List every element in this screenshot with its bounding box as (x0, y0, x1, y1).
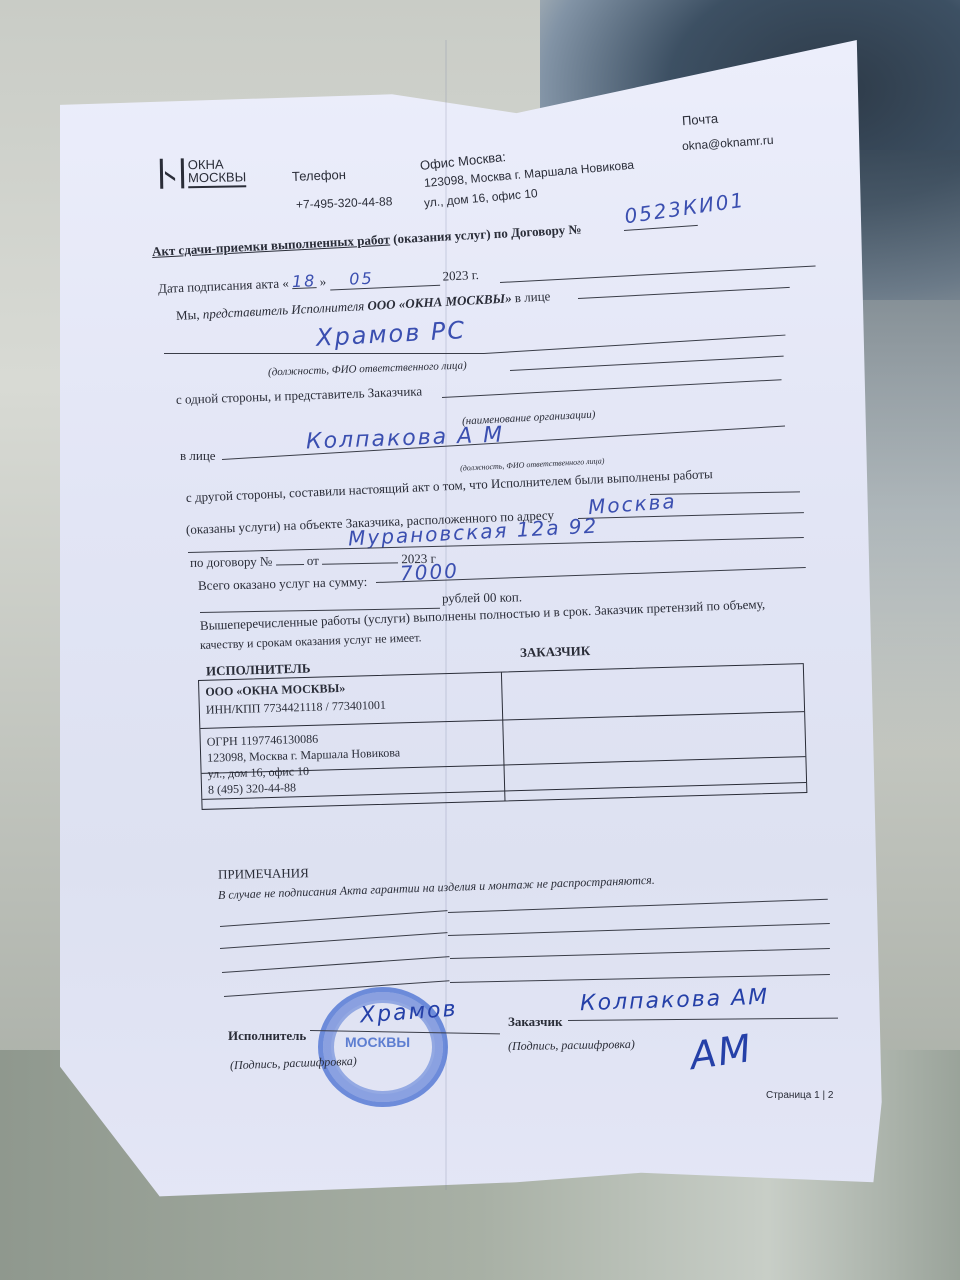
customer-initials-handwritten: АМ (687, 1026, 755, 1078)
date-row: Дата подписания акта « 18 » 05 2023 г. (158, 264, 480, 298)
executor-rep-handwritten: Храмов РС (315, 316, 466, 352)
page-number: Страница 1 | 2 (766, 1090, 833, 1101)
in-person-label: в лице (180, 448, 216, 464)
notes-heading: ПРИМЕЧАНИЯ (218, 865, 309, 883)
customer-sign-handwritten: Колпакова АМ (580, 985, 770, 1017)
caption-line-right (510, 356, 784, 371)
executor-rep-caption: (должность, ФИО ответственного лица) (268, 360, 467, 379)
notes-line-4b (450, 974, 830, 983)
executor-phone: 8 (495) 320-44-88 (208, 780, 296, 797)
executor-sign-handwritten: Храмов (359, 997, 458, 1029)
address-handwritten-1: Москва (587, 489, 677, 519)
document: ОКНА МОСКВЫ Телефон +7-495-320-44-88 Офи… (0, 0, 960, 1280)
total-suffix: рублей 00 коп. (442, 589, 522, 606)
date-month: 05 (329, 266, 440, 291)
notes-line-2 (220, 932, 448, 949)
customer-rep-handwritten: Колпакова А М (306, 423, 505, 455)
customer-sign-caption: (Подпись, расшифровка) (508, 1037, 635, 1054)
date-long-line (500, 265, 816, 283)
parties-table: ООО «ОКНА МОСКВЫ» ИНН/КПП 7734421118 / 7… (198, 663, 807, 810)
notes-line-1 (220, 910, 448, 927)
act-title: Акт сдачи-приемки выполненных работ (ока… (152, 222, 582, 260)
customer-rep-caption: (должность, ФИО ответственного лица) (460, 456, 605, 473)
act-title-underlined: Акт сдачи-приемки выполненных работ (152, 232, 391, 259)
date-mid: » (319, 274, 326, 289)
executor-rep-line (164, 353, 484, 354)
executor-ogrn: ОГРН 1197746130086 (207, 732, 319, 750)
customer-sign-label: Заказчик (508, 1014, 562, 1030)
date-label: Дата подписания акта « (158, 275, 289, 296)
mail-value: okna@oknamr.ru (682, 133, 774, 153)
logo-mark-icon (160, 158, 185, 188)
logo-line2: МОСКВЫ (188, 170, 246, 184)
executor-org-name: ООО «ОКНА МОСКВЫ» (205, 681, 345, 700)
one-side-text: с одной стороны, и представитель Заказчи… (176, 383, 423, 408)
mail-label: Почта (682, 111, 719, 128)
act-title-rest: (оказания услуг) по Договору № (393, 222, 582, 247)
phone-label: Телефон (292, 167, 346, 184)
notes-line-3b (450, 948, 830, 959)
total-label: Всего оказано услуг на сумму: (198, 574, 368, 594)
notes-line-2b (448, 923, 830, 936)
executor-rep-line-2 (484, 335, 785, 354)
notes-line-1b (448, 899, 828, 913)
contract-number-handwritten: 0523КИ01 (623, 188, 747, 229)
executor-rep-line-right (578, 287, 790, 299)
executor-inn-kpp: ИНН/КПП 7734421118 / 773401001 (206, 698, 386, 718)
statement-line2: качеству и срокам оказания услуг не имее… (200, 630, 422, 653)
customer-sign-line (568, 1018, 838, 1021)
company-logo: ОКНА МОСКВЫ (160, 157, 247, 188)
date-day: 18 (292, 271, 317, 291)
notes-line-3 (222, 956, 450, 973)
office-address-line2: ул., дом 16, офис 10 (423, 186, 538, 210)
customer-header: ЗАКАЗЧИК (520, 643, 591, 661)
executor-sign-label: Исполнитель (228, 1028, 306, 1044)
executor-address-line2: ул., дом 16, офис 10 (207, 764, 309, 782)
phone-value: +7-495-320-44-88 (296, 194, 393, 211)
customer-org-line (442, 379, 782, 398)
date-year: 2023 г. (442, 267, 479, 284)
